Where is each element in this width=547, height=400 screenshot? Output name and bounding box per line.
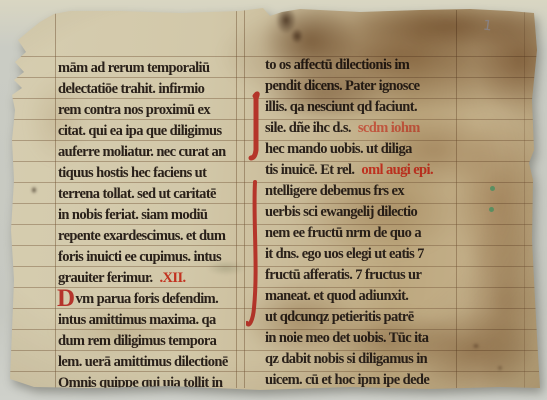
- right-text-column: to os affectū dilectionis impendit dicen…: [264, 54, 458, 390]
- manuscript-text-line: tis inuicē. Et rel.oml augi epi.: [264, 159, 458, 180]
- pencil-folio-number: 1: [482, 17, 493, 34]
- manuscript-text-line: in noie meo det uobis. Tūc ita: [264, 327, 458, 348]
- line-text: Omnis quippe qui uia tollit in: [58, 375, 223, 391]
- green-pigment-dot: [489, 207, 494, 212]
- manuscript-text-line: illis. qa nesciunt qd faciunt.: [264, 96, 458, 117]
- line-text: qz dabit nobis si diligamus in: [265, 351, 427, 367]
- line-text: uicem. cū et hoc ipm ipe dede: [265, 372, 429, 388]
- green-pigment-dot: [490, 186, 495, 191]
- line-text: intus amittimus maxima. qa: [58, 312, 216, 328]
- line-text: terrena tollat. sed ut caritatē: [58, 186, 216, 202]
- line-text: dum rem diligimus tempora: [58, 333, 216, 349]
- line-text: it dns. ego uos elegi ut eatis 7: [265, 246, 424, 262]
- manuscript-text-line: auferre moliatur. nec curat an: [57, 141, 235, 162]
- manuscript-text-line: in nobis feriat. siam modiū: [57, 204, 235, 225]
- manuscript-text-line: dum rem diligimus tempora: [57, 330, 235, 351]
- manuscript-text-line: terrena tollat. sed ut caritatē: [57, 183, 235, 204]
- line-text: auferre moliatur. nec curat an: [58, 144, 226, 160]
- manuscript-text-line: tiquus hostis hec faciens ut: [57, 162, 235, 183]
- line-text: hec mando uobis. ut diliga: [265, 141, 412, 157]
- manuscript-text-line: it dns. ego uos elegi ut eatis 7: [264, 243, 458, 264]
- line-text: fructū afferatis. 7 fructus ur: [265, 267, 421, 283]
- line-text: in noie meo det uobis. Tūc ita: [265, 330, 428, 346]
- manuscript-text-line: lem. uerā amittimus dilectionē: [57, 351, 235, 372]
- line-text: delectatiōe trahit. infirmio: [58, 81, 204, 97]
- manuscript-text-line: nem ee fructū nrm de quo a: [264, 222, 458, 243]
- manuscript-text-line: ntelligere debemus frs ex: [264, 180, 458, 201]
- left-text-column: mām ad rerum temporaliūdelectatiōe trahi…: [57, 57, 235, 393]
- red-initial-i: [247, 182, 256, 325]
- rubric-text: oml augi epi.: [361, 162, 433, 178]
- line-text: rem contra nos proximū ex: [58, 102, 210, 118]
- line-text: pendit dicens. Pater ignosce: [265, 78, 420, 94]
- line-text: ntelligere debemus frs ex: [265, 183, 404, 199]
- line-text: in nobis feriat. siam modiū: [58, 207, 207, 223]
- parchment-leaf: mām ad rerum temporaliūdelectatiōe trahi…: [0, 0, 547, 400]
- manuscript-text-line: foris inuicti ee cupimus. intus: [57, 246, 235, 267]
- manuscript-text-line: Omnis quippe qui uia tollit in: [57, 372, 235, 393]
- ruling-gutter-right: [244, 10, 245, 388]
- red-initial-h: [251, 94, 257, 158]
- manuscript-text-line: sile. dñe ihc d.s.scdm iohm: [264, 117, 458, 138]
- line-text: to os affectū dilectionis im: [265, 57, 409, 73]
- manuscript-text-line: qz dabit nobis si diligamus in: [264, 348, 458, 369]
- line-text: illis. qa nesciunt qd faciunt.: [265, 99, 417, 115]
- line-text: grauiter ferimur.: [58, 270, 153, 286]
- ruling-gutter-left: [236, 10, 237, 388]
- manuscript-text-line: pendit dicens. Pater ignosce: [264, 75, 458, 96]
- line-text: maneat. et quod adiunxit.: [265, 288, 408, 304]
- fold-line: [524, 10, 525, 388]
- manuscript-text-line: uerbis sci ewangelij dilectio: [264, 201, 458, 222]
- manuscript-text-line: grauiter ferimur..XII.: [57, 267, 235, 288]
- line-text: repente exardescimus. et dum: [58, 228, 225, 244]
- manuscript-text-line: Dvm parua foris defendim.: [57, 288, 235, 309]
- leaf-shadow: mām ad rerum temporaliūdelectatiōe trahi…: [0, 0, 547, 400]
- manuscript-text-line: repente exardescimus. et dum: [57, 225, 235, 246]
- manuscript-text-line: delectatiōe trahit. infirmio: [57, 78, 235, 99]
- manuscript-text-line: uicem. cū et hoc ipm ipe dede: [264, 369, 458, 390]
- manuscript-text-line: rem contra nos proximū ex: [57, 99, 235, 120]
- ruling-left-column-left: [55, 10, 56, 388]
- manuscript-text-line: intus amittimus maxima. qa: [57, 309, 235, 330]
- line-text: uerbis sci ewangelij dilectio: [265, 204, 417, 220]
- manuscript-text-line: fructū afferatis. 7 fructus ur: [264, 264, 458, 285]
- line-text: vm parua foris defendim.: [75, 291, 218, 307]
- manuscript-text-line: mām ad rerum temporaliū: [57, 57, 235, 78]
- gutter-red-initials: [246, 88, 266, 338]
- manuscript-text-line: hec mando uobis. ut diliga: [264, 138, 458, 159]
- line-text: mām ad rerum temporaliū: [58, 60, 209, 76]
- line-text: nem ee fructū nrm de quo a: [265, 225, 421, 241]
- rubric-text: scdm iohm: [358, 120, 420, 136]
- line-text: tis inuicē. Et rel.: [265, 162, 354, 178]
- line-text: ut qdcunqz petieritis patrē: [265, 309, 414, 325]
- line-text: tiquus hostis hec faciens ut: [58, 165, 206, 181]
- line-text: foris inuicti ee cupimus. intus: [58, 249, 221, 265]
- line-text: lem. uerā amittimus dilectionē: [58, 354, 228, 370]
- manuscript-text-line: ut qdcunqz petieritis patrē: [264, 306, 458, 327]
- rubric-initial: D: [57, 285, 74, 312]
- manuscript-photograph: mām ad rerum temporaliūdelectatiōe trahi…: [0, 0, 547, 400]
- line-text: citat. qui ea ipa que diligimus: [58, 123, 222, 139]
- manuscript-text-line: to os affectū dilectionis im: [264, 54, 458, 75]
- rubric-text: .XII.: [160, 270, 186, 286]
- line-text: sile. dñe ihc d.s.: [265, 120, 351, 136]
- manuscript-text-line: citat. qui ea ipa que diligimus: [57, 120, 235, 141]
- manuscript-text-line: maneat. et quod adiunxit.: [264, 285, 458, 306]
